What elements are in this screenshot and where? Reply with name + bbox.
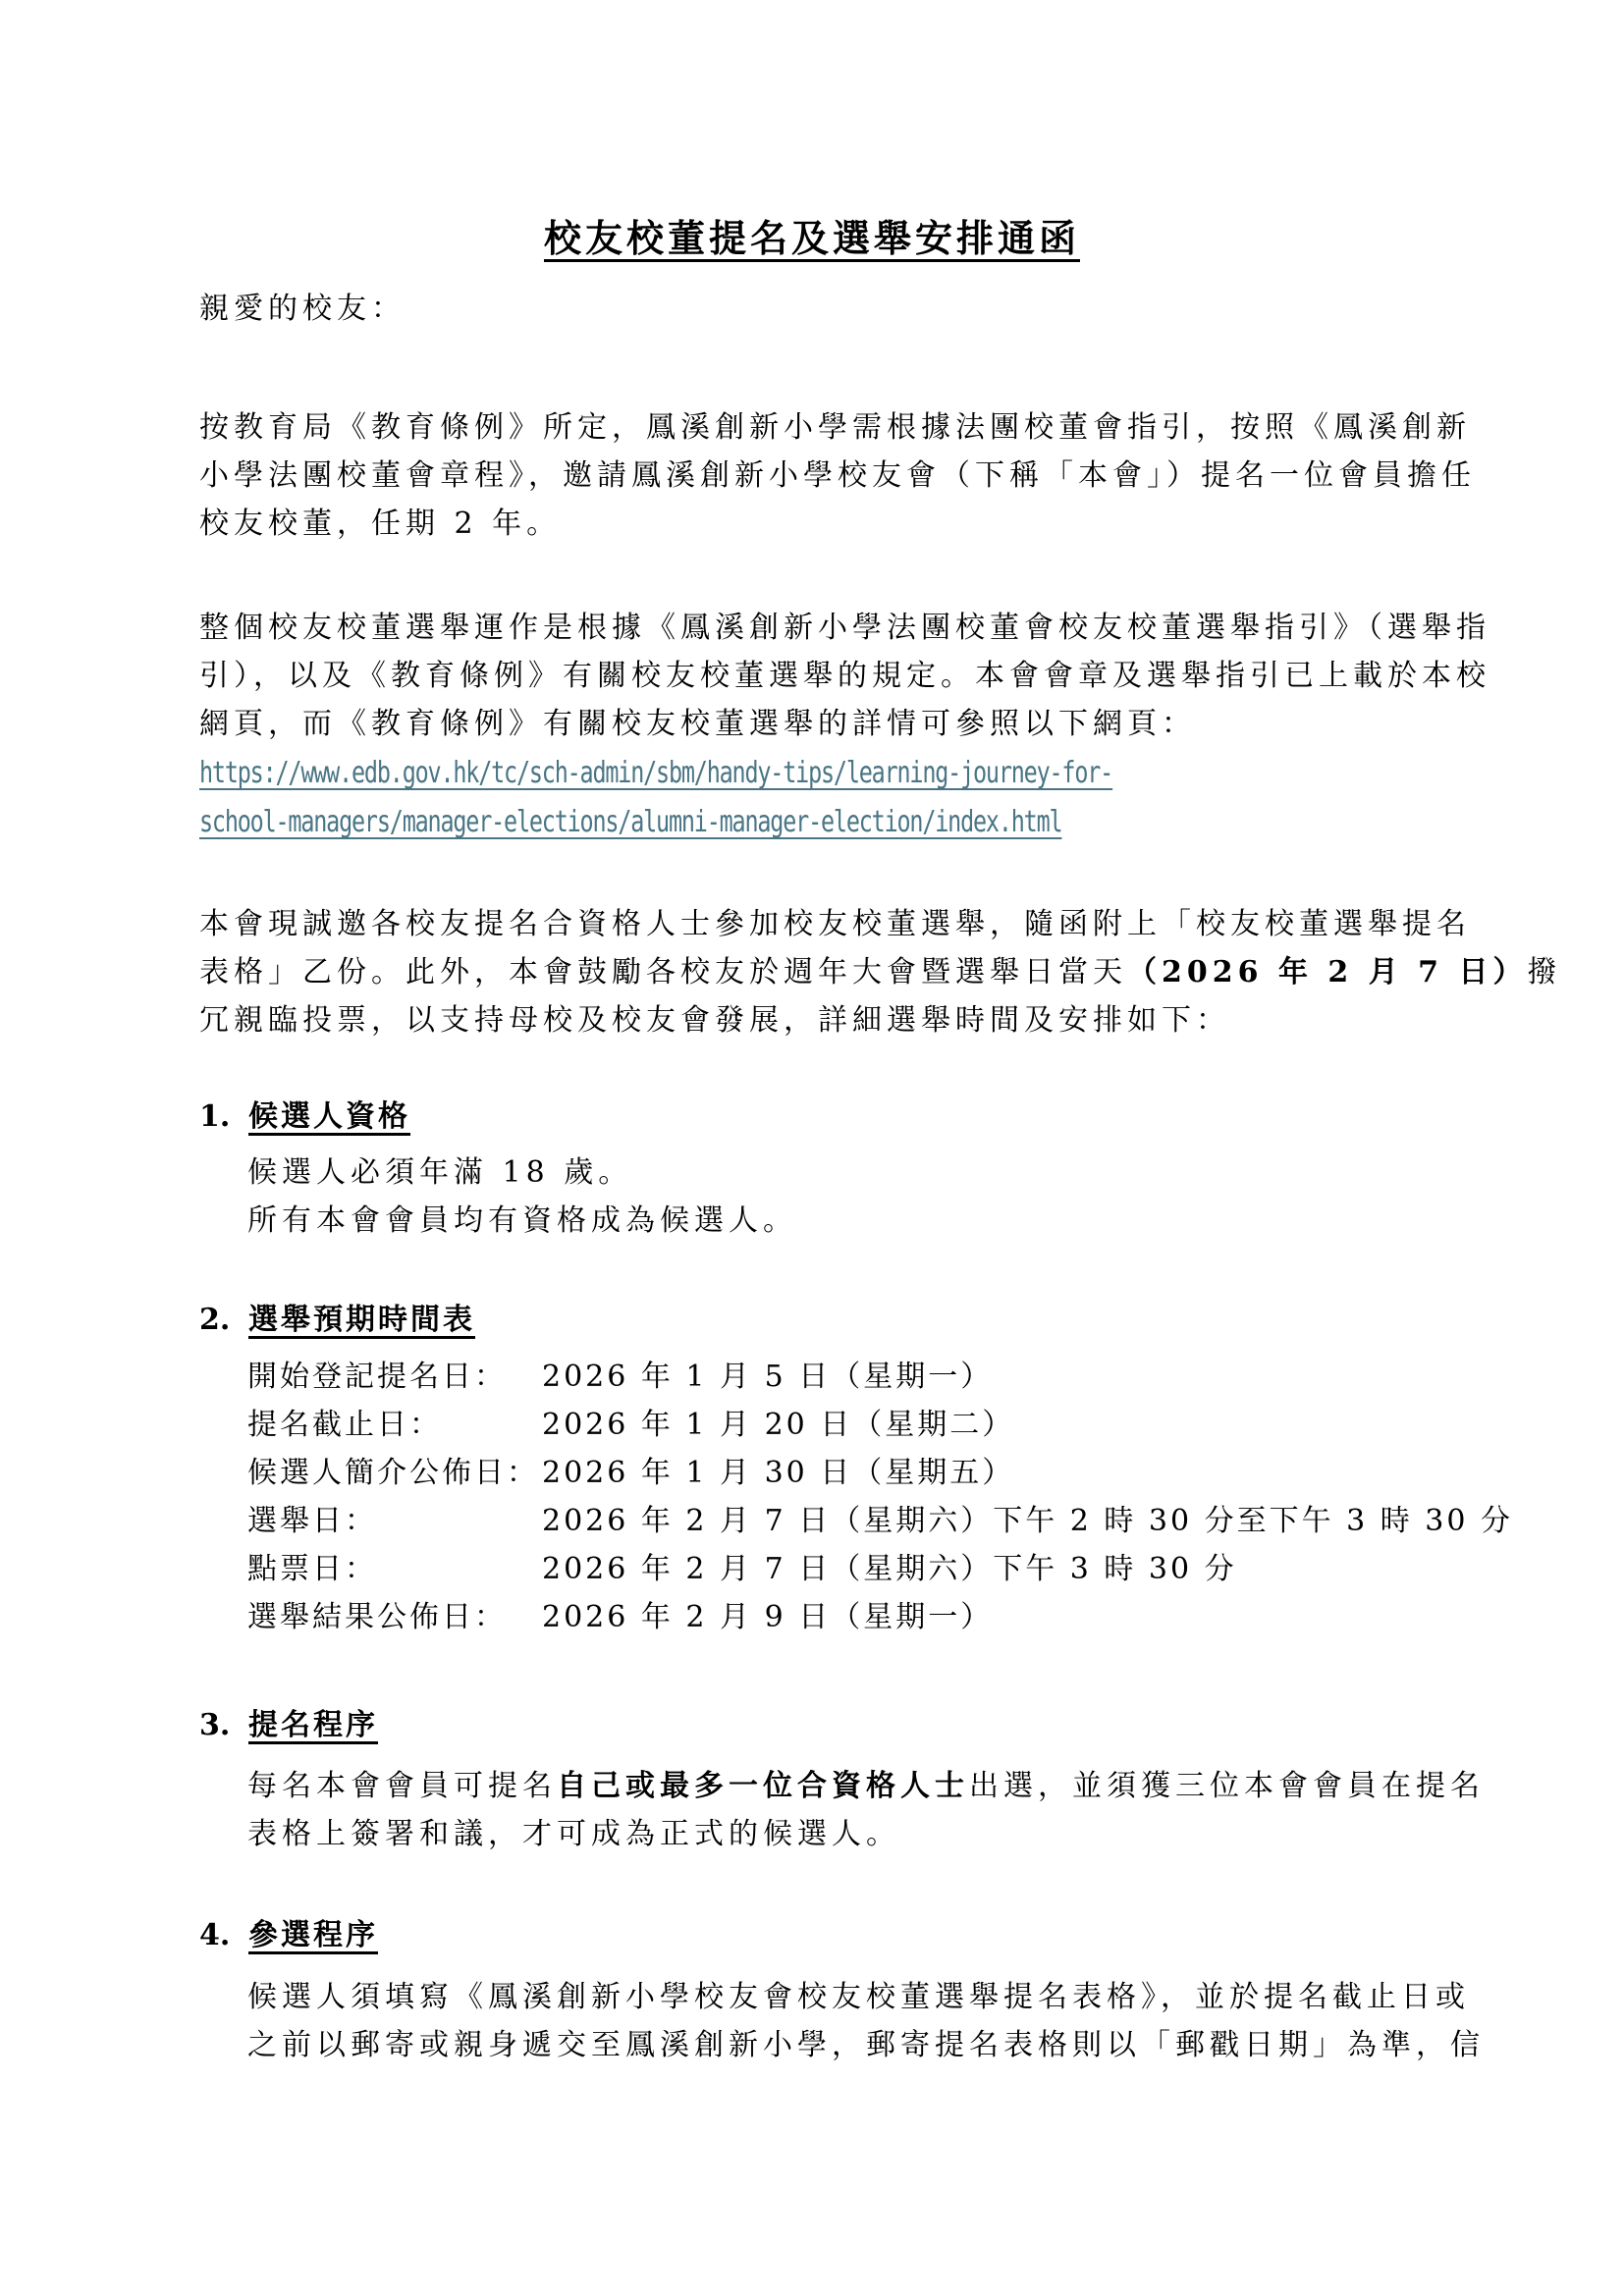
schedule-row: 開始登記提名日：2026 年 1 月 5 日（星期一） (247, 1358, 993, 1397)
paragraph-3-line-2: 表格」乙份。此外，本會鼓勵各校友於週年大會暨選舉日當天（2026 年 2 月 7… (199, 953, 1561, 992)
paragraph-1-line-1: 按教育局《教育條例》所定，鳳溪創新小學需根據法團校董會指引，按照《鳳溪創新 (199, 408, 1471, 448)
schedule-row: 點票日：2026 年 2 月 7 日（星期六）下午 3 時 30 分 (247, 1550, 1237, 1589)
document-title: 校友校董提名及選舉安排通函 (0, 208, 1624, 262)
paragraph-1-line-2: 小學法團校董會章程》，邀請鳳溪創新小學校友會（下稱「本會」）提名一位會員擔任 (199, 456, 1476, 496)
section-4-heading: 4.參選程序 (199, 1916, 378, 1955)
election-date-highlight: （2026 年 2 月 7 日） (1127, 955, 1527, 989)
section-3-line-1: 每名本會會員可提名自己或最多一位合資格人士出選，並須獲三位本會會員在提名 (247, 1767, 1485, 1806)
section-3-heading: 3.提名程序 (199, 1706, 378, 1745)
section-1-line-1: 候選人必須年滿 18 歲。 (247, 1153, 632, 1193)
section-4-line-1: 候選人須填寫《鳳溪創新小學校友會校友校董選舉提名表格》，並於提名截止日或 (247, 1978, 1470, 2017)
section-3-line-2: 表格上簽署和議，才可成為正式的候選人。 (247, 1815, 900, 1854)
schedule-row: 選舉日：2026 年 2 月 7 日（星期六）下午 2 時 30 分至下午 3 … (247, 1502, 1513, 1541)
edb-link-line-1[interactable]: https://www.edb.gov.hk/tc/sch-admin/sbm/… (199, 754, 1112, 793)
paragraph-2-line-2: 引），以及《教育條例》有關校友校董選舉的規定。本會會章及選舉指引已上載於本校 (199, 657, 1490, 696)
section-1-heading: 1.候選人資格 (199, 1097, 410, 1137)
section-4-line-2: 之前以郵寄或親身遞交至鳳溪創新小學，郵寄提名表格則以「郵戳日期」為準，信 (247, 2026, 1485, 2065)
paragraph-3-text: 表格」乙份。此外，本會鼓勵各校友於週年大會暨選舉日當天 (199, 955, 1127, 989)
paragraph-3-line-3: 冗親臨投票，以支持母校及校友會發展，詳細選舉時間及安排如下： (199, 1001, 1230, 1041)
section-1-line-2: 所有本會會員均有資格成為候選人。 (247, 1201, 797, 1241)
salutation: 親愛的校友： (199, 290, 406, 329)
edb-link-line-2[interactable]: school-managers/manager-elections/alumni… (199, 803, 1061, 842)
schedule-row: 候選人簡介公佈日：2026 年 1 月 30 日（星期五） (247, 1454, 1014, 1493)
paragraph-2-line-3: 網頁，而《教育條例》有關校友校董選舉的詳情可參照以下網頁： (199, 705, 1196, 744)
section-2-heading: 2.選舉預期時間表 (199, 1301, 475, 1340)
paragraph-1-line-3: 校友校董，任期 2 年。 (199, 505, 561, 544)
schedule-row: 提名截止日：2026 年 1 月 20 日（星期二） (247, 1406, 1014, 1445)
document-page: 校友校董提名及選舉安排通函 親愛的校友： 按教育局《教育條例》所定，鳳溪創新小學… (0, 0, 1624, 2296)
paragraph-3-text: 撥 (1527, 955, 1561, 989)
paragraph-3-line-1: 本會現誠邀各校友提名合資格人士參加校友校董選舉，隨函附上「校友校董選舉提名 (199, 905, 1471, 944)
schedule-row: 選舉結果公佈日：2026 年 2 月 9 日（星期一） (247, 1598, 993, 1637)
nomination-limit-highlight: 自己或最多一位合資格人士 (557, 1769, 969, 1803)
paragraph-2-line-1: 整個校友校董選舉運作是根據《鳳溪創新小學法團校董會校友校董選舉指引》（選舉指 (199, 609, 1490, 648)
